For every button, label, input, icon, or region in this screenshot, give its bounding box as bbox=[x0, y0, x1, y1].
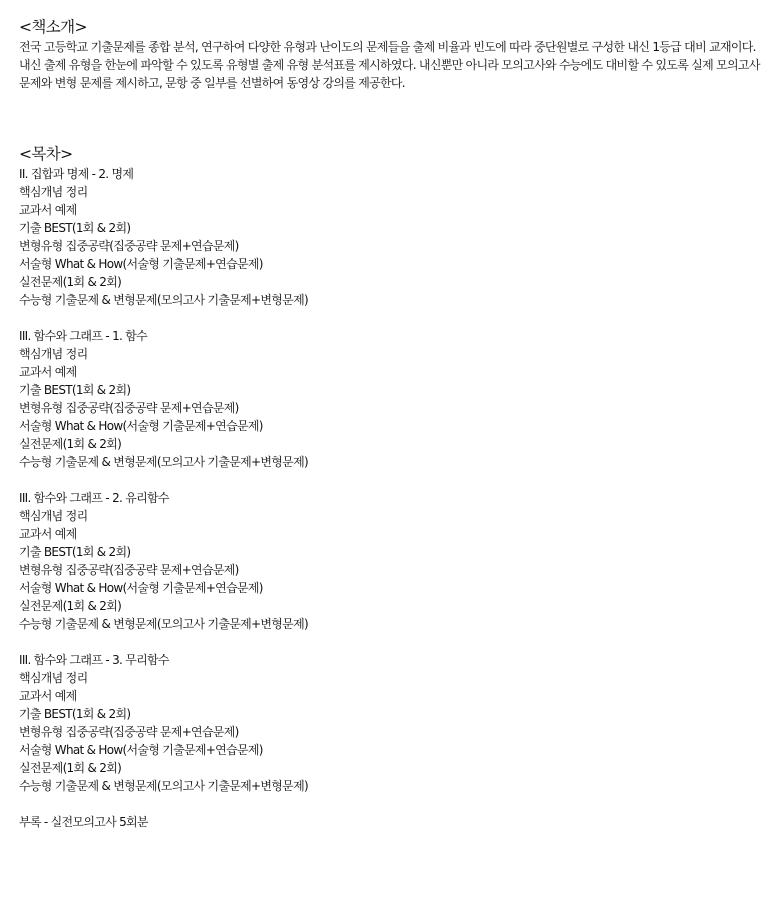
toc-item: 서술형 What & How(서술형 기출문제+연습문제) bbox=[19, 741, 770, 759]
toc-item: 핵심개념 정리 bbox=[19, 669, 770, 687]
toc-item: 교과서 예제 bbox=[19, 363, 770, 381]
toc-section: III. 함수와 그래프 - 3. 무리함수 핵심개념 정리 교과서 예제 기출… bbox=[19, 651, 770, 795]
toc-item: 교과서 예제 bbox=[19, 201, 770, 219]
toc-item: 수능형 기출문제 & 변형문제(모의고사 기출문제+변형문제) bbox=[19, 291, 770, 309]
toc-item: 변형유형 집중공략(집중공략 문제+연습문제) bbox=[19, 399, 770, 417]
book-description-page: <책소개> 전국 고등학교 기출문제를 종합 분석, 연구하여 다양한 유형과 … bbox=[0, 0, 780, 831]
toc-item: 변형유형 집중공략(집중공략 문제+연습문제) bbox=[19, 237, 770, 255]
toc-section-title: III. 함수와 그래프 - 3. 무리함수 bbox=[19, 651, 770, 669]
toc-appendix: 부록 - 실전모의고사 5회분 bbox=[19, 813, 770, 831]
toc-item: 기출 BEST(1회 & 2회) bbox=[19, 219, 770, 237]
toc-item: 핵심개념 정리 bbox=[19, 183, 770, 201]
toc-item: 교과서 예제 bbox=[19, 687, 770, 705]
toc-section: III. 함수와 그래프 - 1. 함수 핵심개념 정리 교과서 예제 기출 B… bbox=[19, 327, 770, 471]
toc-list: II. 집합과 명제 - 2. 명제 핵심개념 정리 교과서 예제 기출 BES… bbox=[19, 165, 770, 831]
toc-section: II. 집합과 명제 - 2. 명제 핵심개념 정리 교과서 예제 기출 BES… bbox=[19, 165, 770, 309]
toc-item: 실전문제(1회 & 2회) bbox=[19, 273, 770, 291]
toc-item: 서술형 What & How(서술형 기출문제+연습문제) bbox=[19, 417, 770, 435]
intro-heading: <책소개> bbox=[19, 16, 770, 38]
toc-item: 기출 BEST(1회 & 2회) bbox=[19, 543, 770, 561]
toc-item: 변형유형 집중공략(집중공략 문제+연습문제) bbox=[19, 723, 770, 741]
toc-section-title: III. 함수와 그래프 - 2. 유리함수 bbox=[19, 489, 770, 507]
toc-section-title: III. 함수와 그래프 - 1. 함수 bbox=[19, 327, 770, 345]
toc-item: 실전문제(1회 & 2회) bbox=[19, 597, 770, 615]
toc-section: III. 함수와 그래프 - 2. 유리함수 핵심개념 정리 교과서 예제 기출… bbox=[19, 489, 770, 633]
toc-item: 핵심개념 정리 bbox=[19, 507, 770, 525]
intro-text: 전국 고등학교 기출문제를 종합 분석, 연구하여 다양한 유형과 난이도의 문… bbox=[19, 38, 774, 92]
toc-item: 핵심개념 정리 bbox=[19, 345, 770, 363]
toc-item: 실전문제(1회 & 2회) bbox=[19, 759, 770, 777]
toc-item: 기출 BEST(1회 & 2회) bbox=[19, 705, 770, 723]
toc-heading: <목차> bbox=[19, 143, 770, 165]
toc-item: 교과서 예제 bbox=[19, 525, 770, 543]
toc-item: 수능형 기출문제 & 변형문제(모의고사 기출문제+변형문제) bbox=[19, 615, 770, 633]
toc-item: 서술형 What & How(서술형 기출문제+연습문제) bbox=[19, 579, 770, 597]
toc-item: 수능형 기출문제 & 변형문제(모의고사 기출문제+변형문제) bbox=[19, 777, 770, 795]
toc-item: 변형유형 집중공략(집중공략 문제+연습문제) bbox=[19, 561, 770, 579]
toc-section-title: II. 집합과 명제 - 2. 명제 bbox=[19, 165, 770, 183]
toc-item: 실전문제(1회 & 2회) bbox=[19, 435, 770, 453]
toc-item: 수능형 기출문제 & 변형문제(모의고사 기출문제+변형문제) bbox=[19, 453, 770, 471]
toc-item: 서술형 What & How(서술형 기출문제+연습문제) bbox=[19, 255, 770, 273]
toc-item: 기출 BEST(1회 & 2회) bbox=[19, 381, 770, 399]
